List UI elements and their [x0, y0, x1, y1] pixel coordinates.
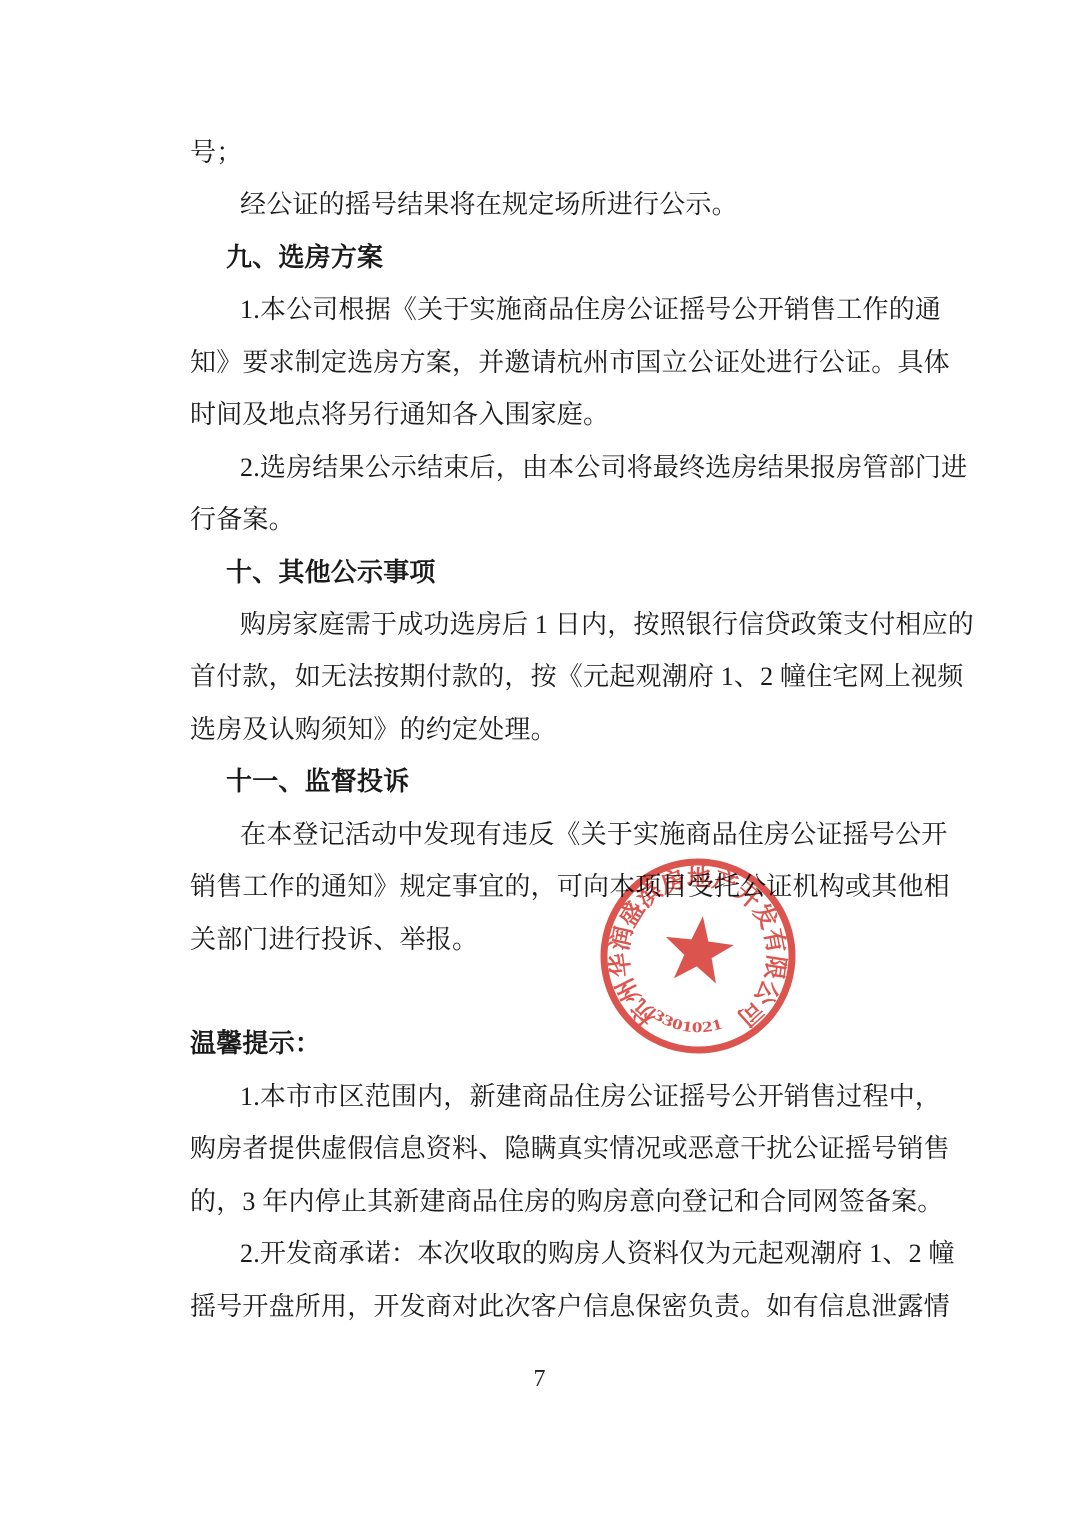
document-line: 在本登记活动中发现有违反《关于实施商品住房公证摇号公开	[190, 809, 904, 861]
document-line: 1.本公司根据《关于实施商品住房公证摇号公开销售工作的通	[190, 284, 904, 336]
document-line: 2.选房结果公示结束后，由本公司将最终选房结果报房管部门进	[190, 442, 904, 494]
document-text-block: 号；经公证的摇号结果将在规定场所进行公示。九、选房方案1.本公司根据《关于实施商…	[190, 127, 904, 1333]
blank-line	[190, 966, 904, 1018]
document-line: 时间及地点将另行通知各入围家庭。	[190, 389, 904, 441]
document-line: 关部门进行投诉、举报。	[190, 914, 904, 966]
document-line: 2.开发商承诺：本次收取的购房人资料仅为元起观潮府 1、2 幢	[190, 1228, 904, 1280]
document-line: 摇号开盘所用，开发商对此次客户信息保密负责。如有信息泄露情	[190, 1281, 904, 1333]
document-line: 的，3 年内停止其新建商品住房的购房意向登记和合同网签备案。	[190, 1176, 904, 1228]
document-line: 经公证的摇号结果将在规定场所进行公示。	[190, 179, 904, 231]
document-line: 知》要求制定选房方案，并邀请杭州市国立公证处进行公证。具体	[190, 337, 904, 389]
document-line: 号；	[190, 127, 904, 179]
page-number: 7	[0, 1366, 1080, 1393]
document-line: 1.本市市区范围内，新建商品住房公证摇号公开销售过程中，	[190, 1071, 904, 1123]
section-heading-line: 十一、监督投诉	[190, 756, 904, 808]
document-line: 销售工作的通知》规定事宜的，可向本项目受托公证机构或其他相	[190, 861, 904, 913]
document-line: 首付款，如无法按期付款的，按《元起观潮府 1、2 幢住宅网上视频	[190, 651, 904, 703]
document-line: 行备案。	[190, 494, 904, 546]
tip-heading-line: 温馨提示：	[190, 1018, 904, 1070]
section-heading-line: 九、选房方案	[190, 232, 904, 284]
document-page: 号；经公证的摇号结果将在规定场所进行公示。九、选房方案1.本公司根据《关于实施商…	[0, 0, 1080, 1528]
section-heading-line: 十、其他公示事项	[190, 547, 904, 599]
document-line: 购房者提供虚假信息资料、隐瞒真实情况或恶意干扰公证摇号销售	[190, 1123, 904, 1175]
document-line: 选房及认购须知》的约定处理。	[190, 704, 904, 756]
document-line: 购房家庭需于成功选房后 1 日内，按照银行信贷政策支付相应的	[190, 599, 904, 651]
